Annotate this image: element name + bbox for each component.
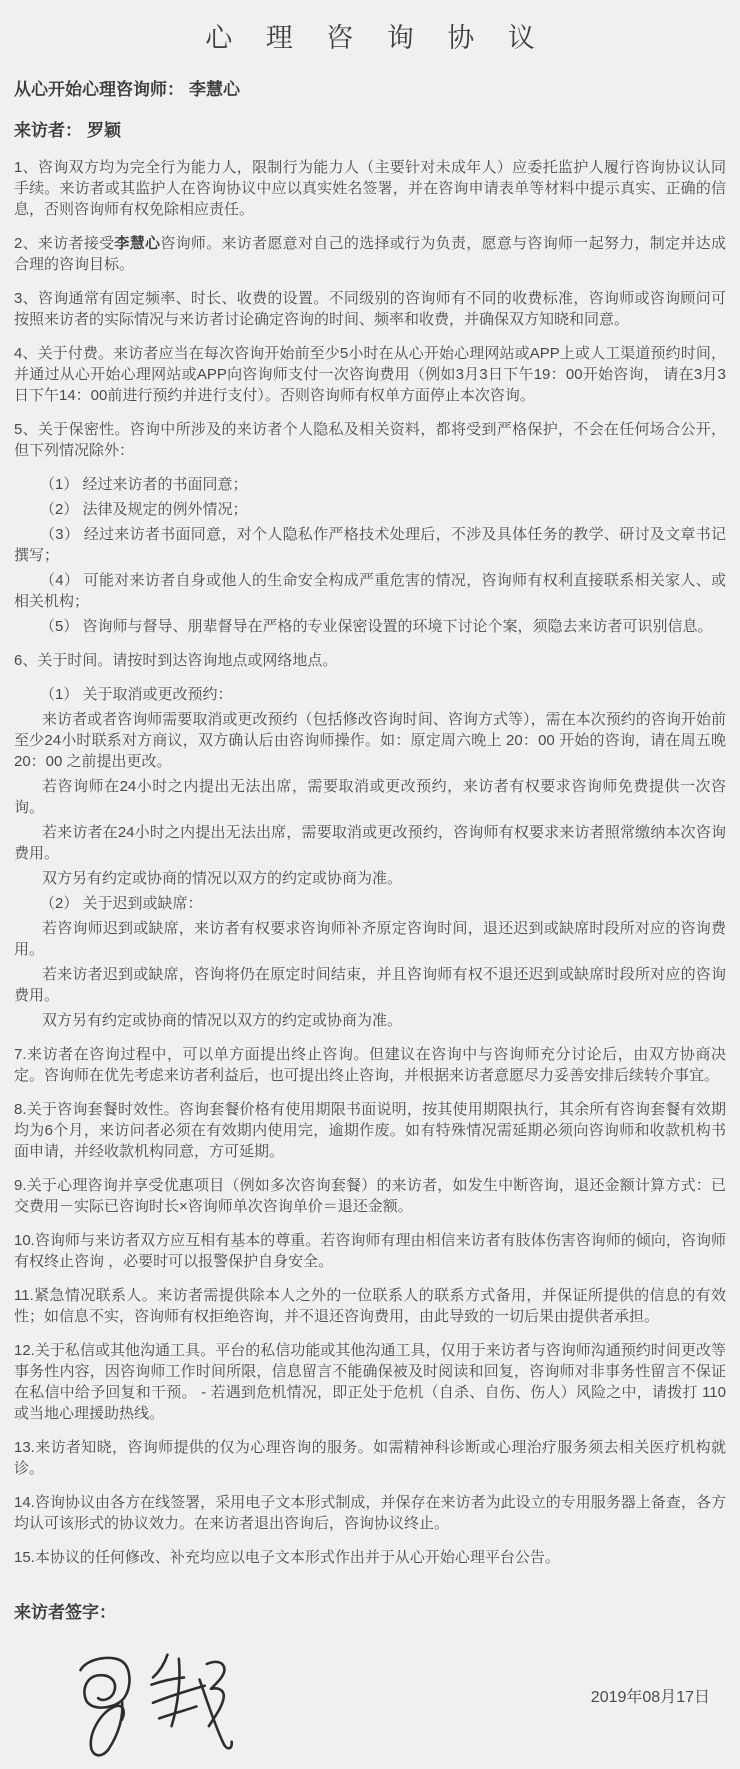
clause-paragraph: 1、咨询双方均为完全行为能力人，限制行为能力人（主要针对未成年人）应委托监护人履… bbox=[14, 157, 726, 220]
clause-paragraph: 2、来访者接受李慧心咨询师。来访者愿意对自己的选择或行为负责，愿意与咨询师一起努… bbox=[14, 233, 726, 275]
clause-text: （1） 经过来访者的书面同意； bbox=[40, 476, 248, 493]
clause-text: （5） 咨询师与督导、朋辈督导在严格的专业保密设置的环境下讨论个案，须隐去来访者… bbox=[40, 618, 713, 635]
counselor-line: 从心开始心理咨询师：李慧心 bbox=[14, 75, 726, 100]
clause-text: 7.来访者在咨询过程中，可以单方面提出终止咨询。但建议在咨询中与咨询师充分讨论后… bbox=[14, 1046, 726, 1084]
clause-text: 双方另有约定或协商的情况以双方的约定或协商为准。 bbox=[42, 870, 402, 887]
counselor-name: 李慧心 bbox=[189, 80, 240, 99]
clause-paragraph: 若来访者迟到或缺席，咨询将仍在原定时间结束，并且咨询师有权不退还迟到或缺席时段所… bbox=[14, 964, 726, 1006]
clause-text: 6、关于时间。请按时到达咨询地点或网络地点。 bbox=[14, 652, 337, 669]
clause-text: 14.咨询协议由各方在线签署，采用电子文本形式制成，并保存在来访者为此设立的专用… bbox=[14, 1494, 726, 1532]
visitor-line: 来访者：罗颖 bbox=[14, 116, 726, 141]
clause-text: 10.咨询师与来访者双方应互相有基本的尊重。若咨询师有理由相信来访者有肢体伤害咨… bbox=[14, 1232, 726, 1270]
clauses-section: 1、咨询双方均为完全行为能力人，限制行为能力人（主要针对未成年人）应委托监护人履… bbox=[14, 157, 726, 1568]
signature-area bbox=[66, 1647, 242, 1769]
clause-text: （2） 法律及规定的例外情况； bbox=[40, 501, 248, 518]
clause-paragraph: 12.关于私信或其他沟通工具。平台的私信功能或其他沟通工具，仅用于来访者与咨询师… bbox=[14, 1340, 726, 1424]
clause-text: 9.关于心理咨询并享受优惠项目（例如多次咨询套餐）的来访者，如发生中断咨询，退还… bbox=[14, 1177, 726, 1215]
clause-text: 3、咨询通常有固定频率、时长、收费的设置。不同级别的咨询师有不同的收费标准，咨询… bbox=[14, 290, 726, 328]
clause-bold-text: 李慧心 bbox=[114, 235, 160, 252]
clause-paragraph: 7.来访者在咨询过程中，可以单方面提出终止咨询。但建议在咨询中与咨询师充分讨论后… bbox=[14, 1044, 726, 1086]
clause-paragraph: 来访者或者咨询师需要取消或更改预约（包括修改咨询时间、咨询方式等），需在本次预约… bbox=[14, 709, 726, 772]
clause-text: 5、关于保密性。咨询中所涉及的来访者个人隐私及相关资料，都将受到严格保护，不会在… bbox=[14, 421, 726, 459]
clause-text: 若咨询师在24小时之内提出无法出席，需要取消或更改预约，来访者有权要求咨询师免费… bbox=[14, 778, 726, 816]
clause-text: 若来访者迟到或缺席，咨询将仍在原定时间结束，并且咨询师有权不退还迟到或缺席时段所… bbox=[14, 966, 726, 1004]
page-title: 心 理 咨 询 协 议 bbox=[14, 16, 726, 55]
clause-paragraph: 双方另有约定或协商的情况以双方的约定或协商为准。 bbox=[14, 868, 726, 889]
clause-paragraph: （1） 关于取消或更改预约： bbox=[14, 684, 726, 705]
clause-paragraph: 双方另有约定或协商的情况以双方的约定或协商为准。 bbox=[14, 1010, 726, 1031]
counselor-label: 从心开始心理咨询师： bbox=[14, 80, 184, 99]
clause-text: 双方另有约定或协商的情况以双方的约定或协商为准。 bbox=[42, 1012, 402, 1029]
handwritten-signature-luo-ying bbox=[66, 1647, 242, 1769]
clause-paragraph: 4、关于付费。来访者应当在每次咨询开始前至少5小时在从心开始心理网站或APP上或… bbox=[14, 343, 726, 406]
clause-text: （1） 关于取消或更改预约： bbox=[40, 686, 233, 703]
clause-paragraph: 13.来访者知晓，咨询师提供的仅为心理咨询的服务。如需精神科诊断或心理治疗服务须… bbox=[14, 1437, 726, 1479]
signature-label: 来访者签字： bbox=[14, 1598, 726, 1623]
clause-paragraph: 6、关于时间。请按时到达咨询地点或网络地点。 bbox=[14, 650, 726, 671]
clause-paragraph: 若咨询师迟到或缺席，来访者有权要求咨询师补齐原定咨询时间，退还迟到或缺席时段所对… bbox=[14, 918, 726, 960]
date-line: 2019年08月17日 bbox=[591, 1684, 710, 1707]
clause-text: 11.紧急情况联系人。来访者需提供除本人之外的一位联系人的联系方式备用，并保证所… bbox=[14, 1287, 726, 1325]
clause-text: 12.关于私信或其他沟通工具。平台的私信功能或其他沟通工具，仅用于来访者与咨询师… bbox=[14, 1342, 726, 1422]
clause-paragraph: （2） 法律及规定的例外情况； bbox=[14, 499, 726, 520]
clause-text: 15.本协议的任何修改、补充均应以电子文本形式作出并于从心开始心理平台公告。 bbox=[14, 1549, 560, 1566]
visitor-label: 来访者： bbox=[14, 121, 82, 140]
clause-paragraph: 若来访者在24小时之内提出无法出席，需要取消或更改预约，咨询师有权要求来访者照常… bbox=[14, 822, 726, 864]
clause-paragraph: （4） 可能对来访者自身或他人的生命安全构成严重危害的情况，咨询师有权利直接联系… bbox=[14, 570, 726, 612]
clause-paragraph: 若咨询师在24小时之内提出无法出席，需要取消或更改预约，来访者有权要求咨询师免费… bbox=[14, 776, 726, 818]
signature-stroke bbox=[153, 1655, 167, 1678]
clause-paragraph: 10.咨询师与来访者双方应互相有基本的尊重。若咨询师有理由相信来访者有肢体伤害咨… bbox=[14, 1230, 726, 1272]
clause-text: 13.来访者知晓，咨询师提供的仅为心理咨询的服务。如需精神科诊断或心理治疗服务须… bbox=[14, 1439, 726, 1477]
clause-text: 1、咨询双方均为完全行为能力人，限制行为能力人（主要针对未成年人）应委托监护人履… bbox=[14, 159, 726, 218]
clause-paragraph: （3） 经过来访者书面同意，对个人隐私作严格技术处理后，不涉及具体任务的教学、研… bbox=[14, 524, 726, 566]
clause-paragraph: （2） 关于迟到或缺席： bbox=[14, 893, 726, 914]
agreement-document: 心 理 咨 询 协 议 从心开始心理咨询师：李慧心 来访者：罗颖 1、咨询双方均… bbox=[0, 0, 740, 1769]
clause-paragraph: 15.本协议的任何修改、补充均应以电子文本形式作出并于从心开始心理平台公告。 bbox=[14, 1547, 726, 1568]
clause-text: 来访者或者咨询师需要取消或更改预约（包括修改咨询时间、咨询方式等），需在本次预约… bbox=[14, 711, 726, 770]
clause-paragraph: 11.紧急情况联系人。来访者需提供除本人之外的一位联系人的联系方式备用，并保证所… bbox=[14, 1285, 726, 1327]
clause-text: 8.关于咨询套餐时效性。咨询套餐价格有使用期限书面说明，按其使用期限执行，其余所… bbox=[14, 1101, 726, 1160]
clause-paragraph: （1） 经过来访者的书面同意； bbox=[14, 474, 726, 495]
clause-text: （2） 关于迟到或缺席： bbox=[40, 895, 203, 912]
clause-paragraph: 14.咨询协议由各方在线签署，采用电子文本形式制成，并保存在来访者为此设立的专用… bbox=[14, 1492, 726, 1534]
visitor-name: 罗颖 bbox=[87, 121, 121, 140]
clause-paragraph: 3、咨询通常有固定频率、时长、收费的设置。不同级别的咨询师有不同的收费标准，咨询… bbox=[14, 288, 726, 330]
clause-text: （3） 经过来访者书面同意，对个人隐私作严格技术处理后，不涉及具体任务的教学、研… bbox=[14, 526, 726, 564]
clause-text: 2、来访者接受 bbox=[14, 235, 114, 252]
clause-text: 4、关于付费。来访者应当在每次咨询开始前至少5小时在从心开始心理网站或APP上或… bbox=[14, 345, 726, 404]
clause-text: 若来访者在24小时之内提出无法出席，需要取消或更改预约，咨询师有权要求来访者照常… bbox=[14, 824, 726, 862]
signature-stroke bbox=[207, 1662, 225, 1726]
clause-text: 若咨询师迟到或缺席，来访者有权要求咨询师补齐原定咨询时间，退还迟到或缺席时段所对… bbox=[14, 920, 726, 958]
clause-text: （4） 可能对来访者自身或他人的生命安全构成严重危害的情况，咨询师有权利直接联系… bbox=[14, 572, 726, 610]
clause-paragraph: 9.关于心理咨询并享受优惠项目（例如多次咨询套餐）的来访者，如发生中断咨询，退还… bbox=[14, 1175, 726, 1217]
clause-paragraph: （5） 咨询师与督导、朋辈督导在严格的专业保密设置的环境下讨论个案，须隐去来访者… bbox=[14, 616, 726, 637]
clause-paragraph: 8.关于咨询套餐时效性。咨询套餐价格有使用期限书面说明，按其使用期限执行，其余所… bbox=[14, 1099, 726, 1162]
clause-paragraph: 5、关于保密性。咨询中所涉及的来访者个人隐私及相关资料，都将受到严格保护，不会在… bbox=[14, 419, 726, 461]
